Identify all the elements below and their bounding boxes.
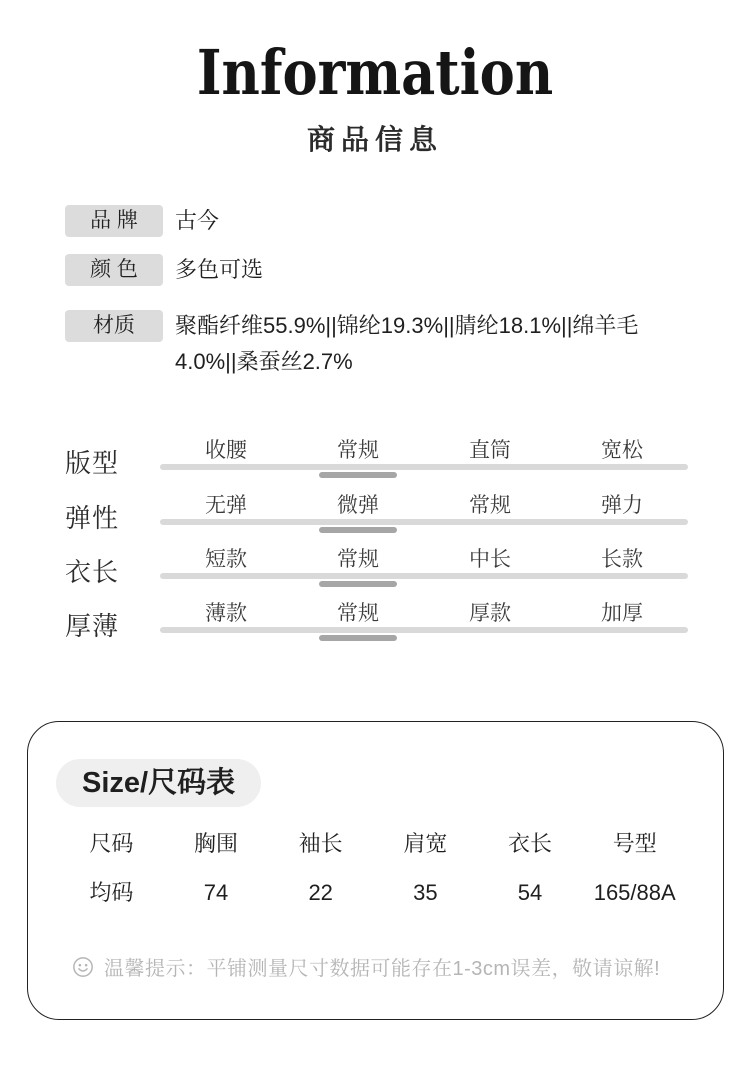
spec-scale: 收腰 常规 直筒 宽松: [160, 440, 688, 470]
color-label: 颜 色: [65, 254, 163, 286]
spec-option: 宽松: [556, 440, 688, 470]
size-cell: 74: [164, 879, 269, 907]
size-cell: 165/88A: [582, 879, 687, 907]
size-col-header: 衣长: [478, 830, 583, 858]
size-cell: 35: [373, 879, 478, 907]
spec-option: 无弹: [160, 495, 292, 525]
spec-option: 常规: [424, 495, 556, 525]
size-cell: 22: [268, 879, 373, 907]
brand-value: 古今: [175, 203, 685, 239]
material-value: 聚酯纤维55.9%||锦纶19.3%||腈纶18.1%||绵羊毛4.0%||桑蚕…: [175, 308, 685, 380]
spec-option: 厚款: [424, 603, 556, 633]
spec-option: 长款: [556, 549, 688, 579]
spec-label-length: 衣长: [65, 552, 119, 589]
spec-option: 收腰: [160, 440, 292, 470]
spec-label-elasticity: 弹性: [65, 498, 119, 535]
size-table-row: 均码 74 22 35 54 165/88A: [59, 879, 687, 907]
size-cell: 54: [478, 879, 583, 907]
spec-option: 直筒: [424, 440, 556, 470]
color-value: 多色可选: [175, 252, 685, 288]
size-col-header: 袖长: [268, 830, 373, 858]
spec-option: 薄款: [160, 603, 292, 633]
size-chart-card: Size/尺码表 尺码 胸围 袖长 肩宽 衣长 号型 均码 74 22 35 5…: [27, 721, 724, 1020]
size-col-header: 号型: [582, 830, 687, 858]
spec-scale: 短款 常规 中长 长款: [160, 549, 688, 579]
material-label: 材质: [65, 310, 163, 342]
size-chart-title: Size/尺码表: [56, 759, 261, 807]
spec-scale: 无弹 微弹 常规 弹力: [160, 495, 688, 525]
size-col-header: 肩宽: [373, 830, 478, 858]
spec-option: 中长: [424, 549, 556, 579]
spec-row-length: 衣长 短款 常规 中长 长款: [65, 549, 688, 581]
page-title-zh: 商品信息: [0, 118, 750, 158]
size-table: 尺码 胸围 袖长 肩宽 衣长 号型 均码 74 22 35 54 165/88A: [59, 830, 687, 907]
smiley-icon: [72, 956, 94, 978]
spec-option: 弹力: [556, 495, 688, 525]
spec-row-thickness: 厚薄 薄款 常规 厚款 加厚: [65, 603, 688, 635]
spec-option: 短款: [160, 549, 292, 579]
spec-option: 微弹: [292, 495, 424, 525]
spec-option: 加厚: [556, 603, 688, 633]
spec-scale: 薄款 常规 厚款 加厚: [160, 603, 688, 633]
size-col-header: 尺码: [59, 830, 164, 858]
size-cell: 均码: [59, 879, 164, 907]
size-note-text: 温馨提示：平铺测量尺寸数据可能存在1-3cm误差，敬请谅解!: [104, 952, 660, 981]
page-title-en: Information: [56, 42, 694, 104]
page-header: Information 商品信息: [0, 42, 750, 158]
spec-option: 常规: [292, 603, 424, 633]
spec-option: 常规: [292, 549, 424, 579]
spec-row-elasticity: 弹性 无弹 微弹 常规 弹力: [65, 495, 688, 527]
size-table-header-row: 尺码 胸围 袖长 肩宽 衣长 号型: [59, 830, 687, 858]
spec-option: 常规: [292, 440, 424, 470]
spec-label-thickness: 厚薄: [65, 606, 119, 643]
size-note: 温馨提示：平铺测量尺寸数据可能存在1-3cm误差，敬请谅解!: [72, 952, 660, 981]
brand-label: 品 牌: [65, 205, 163, 237]
product-info-page: Information 商品信息 品 牌 古今 颜 色 多色可选 材质 聚酯纤维…: [0, 0, 750, 1080]
spec-label-fit: 版型: [65, 443, 119, 480]
spec-row-fit: 版型 收腰 常规 直筒 宽松: [65, 440, 688, 472]
size-col-header: 胸围: [164, 830, 269, 858]
